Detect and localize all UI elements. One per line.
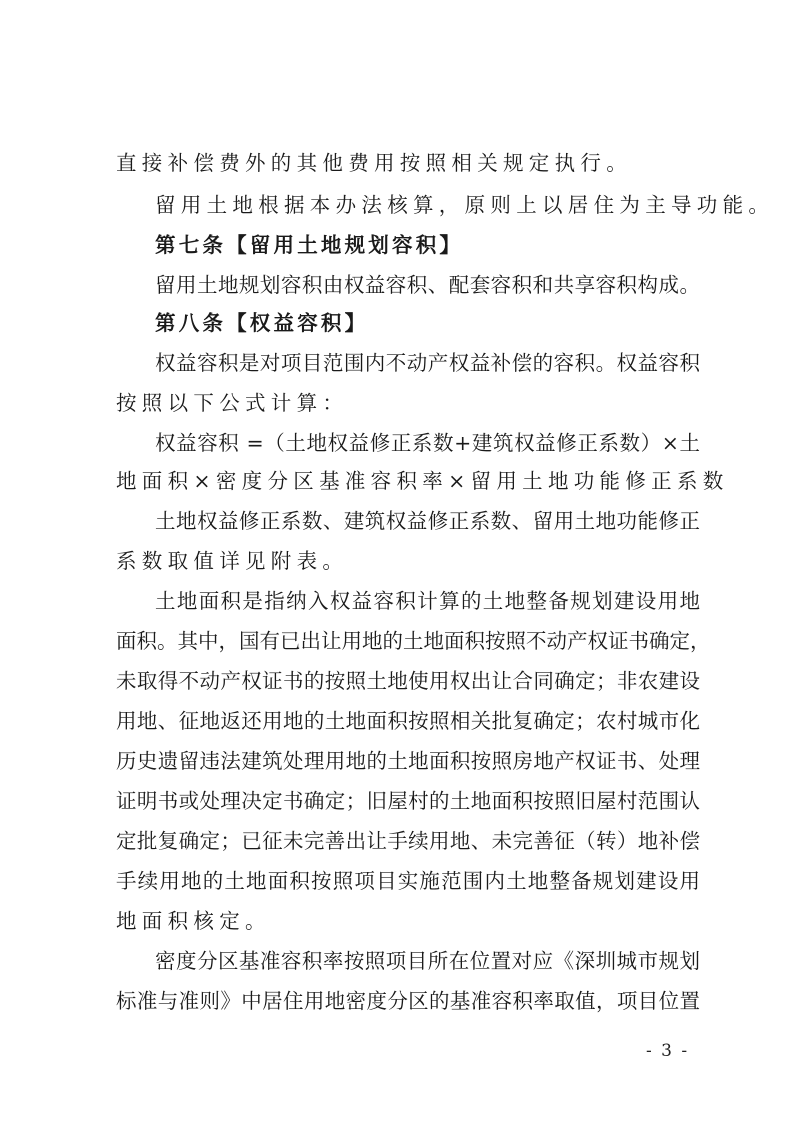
formula-line: 权益容积 =（土地权益修正系数+建筑权益修正系数）×土 [155, 428, 700, 458]
page-number: - 3 - [646, 1041, 689, 1061]
text-line: 证明书或处理决定书确定；旧屋村的土地面积按照旧屋村范围认 [116, 786, 700, 816]
text-line: 未取得不动产权证书的按照土地使用权出让合同确定；非农建设 [116, 666, 700, 696]
text-line: 土地面积是指纳入权益容积计算的土地整备规划建设用地 [155, 586, 700, 616]
text-line: 面积。其中，国有已出让用地的土地面积按照不动产权证书确定， [116, 626, 700, 656]
text-line: 地面积核定。 [116, 906, 700, 936]
text-line: 留用土地规划容积由权益容积、配套容积和共享容积构成。 [155, 270, 700, 300]
text-line: 标准与准则》中居住用地密度分区的基准容积率取值，项目位置 [116, 986, 700, 1016]
text-line: 定批复确定；已征未完善出让手续用地、未完善征（转）地补偿 [116, 826, 700, 856]
article-heading: 第八条【权益容积】 [155, 308, 700, 338]
text-line: 系数取值详见附表。 [116, 546, 700, 576]
text-line: 手续用地的土地面积按照项目实施范围内土地整备规划建设用 [116, 866, 700, 896]
text-line: 权益容积是对项目范围内不动产权益补偿的容积。权益容积 [155, 348, 700, 378]
text-line: 历史遗留违法建筑处理用地的土地面积按照房地产权证书、处理 [116, 746, 700, 776]
text-line: 用地、征地返还用地的土地面积按照相关批复确定；农村城市化 [116, 706, 700, 736]
text-line: 留用土地根据本办法核算，原则上以居住为主导功能。 [155, 190, 700, 220]
text-line: 密度分区基准容积率按照项目所在位置对应《深圳城市规划 [155, 946, 700, 976]
text-line: 按照以下公式计算： [116, 388, 700, 418]
text-line: 土地权益修正系数、建筑权益修正系数、留用土地功能修正 [155, 506, 700, 536]
document-page: 直接补偿费外的其他费用按照相关规定执行。 留用土地根据本办法核算，原则上以居住为… [0, 0, 800, 1132]
formula-line: 地面积×密度分区基准容积率×留用土地功能修正系数 [116, 466, 700, 496]
text-line: 直接补偿费外的其他费用按照相关规定执行。 [116, 148, 700, 178]
article-heading: 第七条【留用土地规划容积】 [155, 230, 700, 260]
